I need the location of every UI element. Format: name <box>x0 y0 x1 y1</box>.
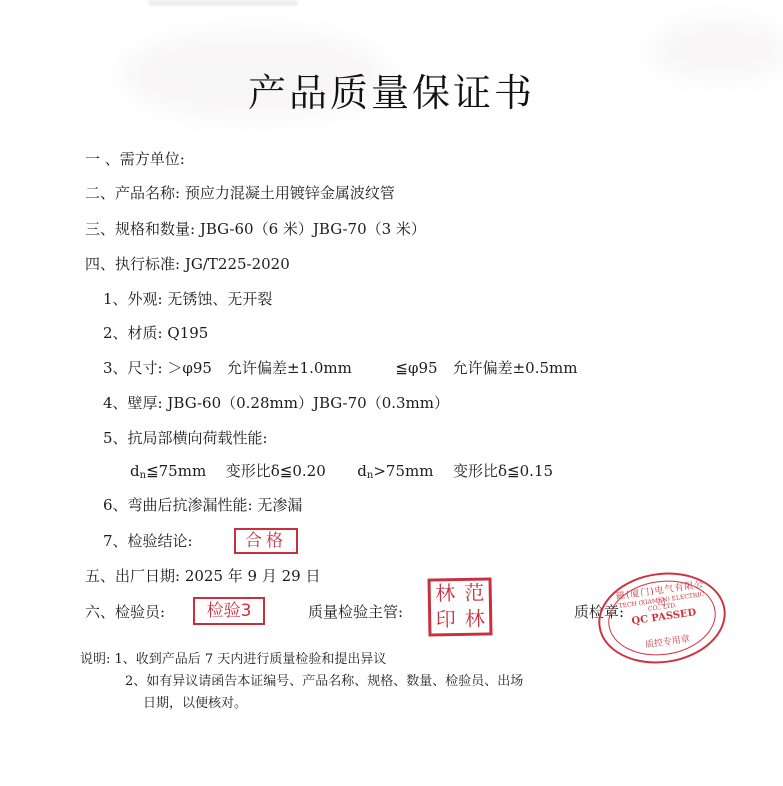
inspector-label: 六、检验员: <box>85 603 165 621</box>
product-name-value: 预应力混凝土用镀锌金属波纹管 <box>185 184 395 202</box>
qc-passed-stamp: 磁(厦门)电气有限公司 TECH (XIAMEN) ELECTRIC CO., … <box>592 565 731 672</box>
seal-char: 范 <box>460 580 489 607</box>
faded-header-text <box>148 0 298 6</box>
factory-date-label: 五、出厂日期: <box>85 567 180 585</box>
item-wall-thickness: 4、壁厚: JBG-60（0.28mm）JBG-70（0.3mm） <box>103 392 449 413</box>
seal-char: 林 <box>431 581 460 608</box>
supervisor-label: 质量检验主管: <box>308 601 403 622</box>
product-name-line: 二、产品名称: 预应力混凝土用镀锌金属波纹管 <box>85 182 395 203</box>
spec-quantity-value: JBG-60（6 米）JBG-70（3 米） <box>200 220 426 238</box>
item-conclusion: 7、检验结论: <box>103 530 193 551</box>
item-label: 3、尺寸: <box>103 359 163 377</box>
supervisor-seal: 林 范 印 林 <box>427 577 492 636</box>
item-label: 5、抗局部横向荷载性能: <box>103 429 268 447</box>
item-label: 7、检验结论: <box>103 532 193 550</box>
standard-label: 四、执行标准: <box>85 255 180 273</box>
spec-quantity-line: 三、规格和数量: JBG-60（6 米）JBG-70（3 米） <box>85 218 426 239</box>
item-value: Q195 <box>167 324 208 342</box>
notes-line-2: 2、如有异议请函告本证编号、产品名称、规格、数量、检验员、出场 <box>125 670 523 689</box>
item-dimension: 3、尺寸: ＞φ95 允许偏差±1.0mm ≦φ95 允许偏差±0.5mm <box>103 357 577 378</box>
standard-value: JG/T225-2020 <box>185 255 290 273</box>
item-appearance: 1、外观: 无锈蚀、无开裂 <box>103 288 272 309</box>
spec-quantity-label: 三、规格和数量: <box>85 220 195 238</box>
condition-b: dn>75mm <box>357 462 433 480</box>
item-leak-resistance: 6、弯曲后抗渗漏性能: 无渗漏 <box>103 494 302 515</box>
item-value: JBG-60（0.28mm）JBG-70（0.3mm） <box>167 394 449 412</box>
item-value: 无锈蚀、无开裂 <box>167 290 272 308</box>
seal-char: 林 <box>460 606 489 633</box>
load-performance-values: dn≦75mm 变形比δ≦0.20 dn>75mm 变形比δ≦0.15 <box>130 460 553 481</box>
factory-date-line: 五、出厂日期: 2025 年 9 月 29 日 <box>85 565 321 586</box>
notes-line-3: 日期，以便核对。 <box>143 692 247 711</box>
inspector-line: 六、检验员: <box>85 601 165 622</box>
factory-date-value: 2025 年 9 月 29 日 <box>185 567 321 585</box>
buyer-label: 一 、需方单位: <box>85 150 185 168</box>
item-material: 2、材质: Q195 <box>103 322 208 343</box>
document-title: 产品质量保证书 <box>0 62 783 117</box>
note-text: 1、收到产品后 7 天内进行质量检验和提出异议 <box>115 652 387 667</box>
item-value-b: ≦φ95 允许偏差±0.5mm <box>395 359 577 377</box>
item-value: 无渗漏 <box>257 496 302 514</box>
notes-label: 说明: <box>80 652 110 667</box>
item-label: 6、弯曲后抗渗漏性能: <box>103 496 253 514</box>
condition-a: dn≦75mm <box>130 462 206 480</box>
item-label: 1、外观: <box>103 290 163 308</box>
notes-line-1: 说明: 1、收到产品后 7 天内进行质量检验和提出异议 <box>80 648 386 667</box>
standard-line: 四、执行标准: JG/T225-2020 <box>85 253 290 274</box>
buyer-line: 一 、需方单位: <box>85 148 185 169</box>
inspector-stamp: 检验3 <box>193 597 265 625</box>
seal-char: 印 <box>431 607 460 634</box>
item-load-performance: 5、抗局部横向荷载性能: <box>103 427 268 448</box>
pass-stamp: 合格 <box>234 528 298 554</box>
item-value-a: ＞φ95 允许偏差±1.0mm <box>167 359 351 377</box>
product-name-label: 二、产品名称: <box>85 184 180 202</box>
item-label: 4、壁厚: <box>103 394 163 412</box>
item-label: 2、材质: <box>103 324 163 342</box>
value-a: 变形比δ≦0.20 <box>226 462 326 480</box>
value-b: 变形比δ≦0.15 <box>453 462 553 480</box>
